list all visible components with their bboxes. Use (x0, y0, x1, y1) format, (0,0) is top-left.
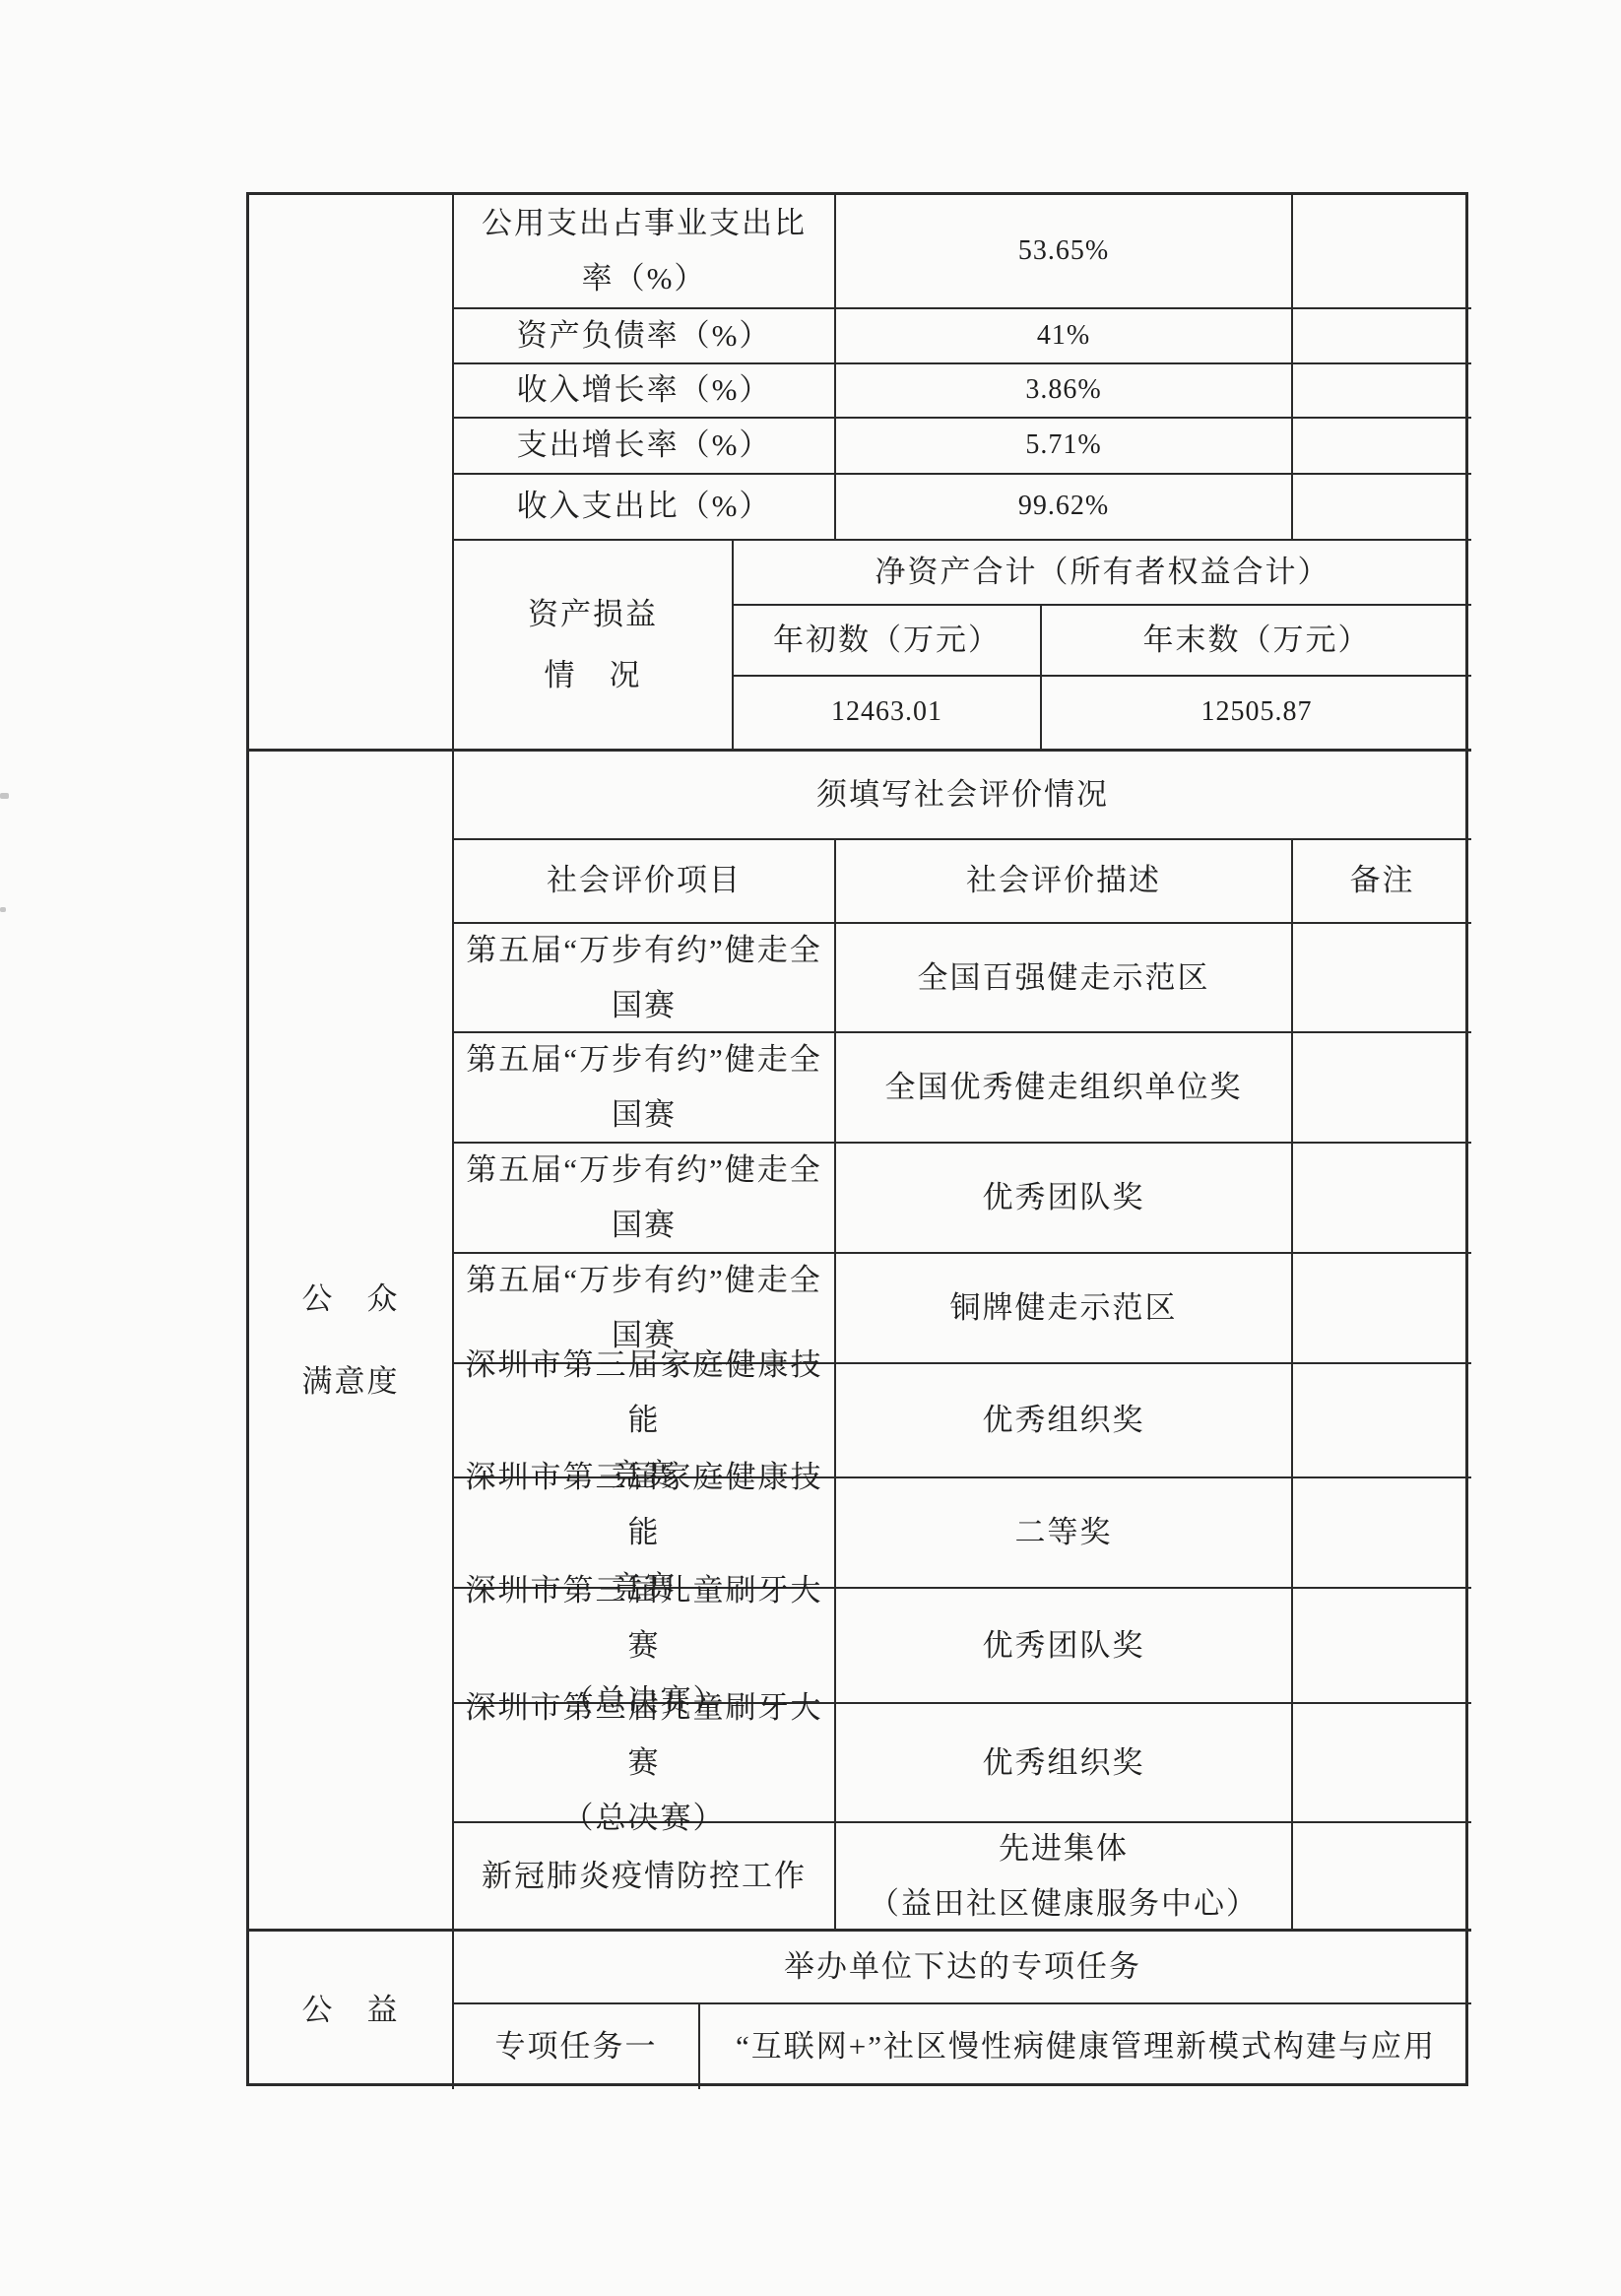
indicator-label-cell: 收入支出比（%） (454, 475, 836, 541)
scan-artifact (0, 793, 9, 799)
year-end-value: 12505.87 (1042, 677, 1471, 752)
blank-cell (1293, 364, 1471, 419)
net-assets-header: 净资产合计（所有者权益合计） (734, 541, 1471, 606)
indicator-value-cell: 3.86% (836, 364, 1293, 419)
description-cell: 优秀组织奖 (836, 1364, 1293, 1478)
row-label-public-satisfaction: 公 众 满意度 (249, 752, 454, 1932)
note-cell (1293, 1589, 1471, 1704)
description-cell: 先进集体 （益田社区健康服务中心） (836, 1823, 1293, 1932)
special-task-description: “互联网+”社区慢性病健康管理新模式构建与应用 (700, 2004, 1471, 2089)
asset-profit-loss-label: 资产损益 情 况 (454, 541, 734, 752)
description-cell: 全国百强健走示范区 (836, 924, 1293, 1033)
project-cell: 新冠肺炎疫情防控工作 (454, 1823, 836, 1932)
indicator-label-cell: 支出增长率（%） (454, 419, 836, 475)
column-header-description: 社会评价描述 (836, 840, 1293, 924)
note-cell (1293, 924, 1471, 1033)
note-cell (1293, 1823, 1471, 1932)
project-cell: 深圳市第三届儿童刷牙大赛 （总决赛） (454, 1704, 836, 1823)
scanned-report-page: 公 众 满意度 公 益 公用支出占事业支出比 率（%） 53.65% 资产负债率… (0, 0, 1621, 2296)
social-evaluation-section-title: 须填写社会评价情况 (454, 752, 1471, 840)
note-cell (1293, 1478, 1471, 1589)
special-task-name: 专项任务一 (454, 2004, 700, 2089)
row-label-empty-cell (249, 195, 454, 752)
scan-artifact (0, 907, 6, 912)
description-cell: 优秀团队奖 (836, 1144, 1293, 1254)
description-cell: 铜牌健走示范区 (836, 1254, 1293, 1364)
indicator-label-cell: 公用支出占事业支出比 率（%） (454, 195, 836, 309)
blank-cell (1293, 195, 1471, 309)
description-cell: 二等奖 (836, 1478, 1293, 1589)
report-table-grid: 公 众 满意度 公 益 公用支出占事业支出比 率（%） 53.65% 资产负债率… (249, 195, 1465, 2083)
year-begin-header: 年初数（万元） (734, 606, 1042, 677)
note-cell (1293, 1144, 1471, 1254)
description-cell: 全国优秀健走组织单位奖 (836, 1033, 1293, 1144)
year-end-header: 年末数（万元） (1042, 606, 1471, 677)
project-cell: 第五届“万步有约”健走全 国赛 (454, 1033, 836, 1144)
year-begin-value: 12463.01 (734, 677, 1042, 752)
column-header-project: 社会评价项目 (454, 840, 836, 924)
blank-cell (1293, 419, 1471, 475)
indicator-label-cell: 收入增长率（%） (454, 364, 836, 419)
note-cell (1293, 1254, 1471, 1364)
project-cell: 第五届“万步有约”健走全 国赛 (454, 924, 836, 1033)
indicator-value-cell: 41% (836, 309, 1293, 364)
column-header-note: 备注 (1293, 840, 1471, 924)
blank-cell (1293, 475, 1471, 541)
indicator-value-cell: 53.65% (836, 195, 1293, 309)
description-cell: 优秀团队奖 (836, 1589, 1293, 1704)
row-label-public-welfare: 公 益 (249, 1932, 454, 2089)
description-cell: 优秀组织奖 (836, 1704, 1293, 1823)
indicator-label-cell: 资产负债率（%） (454, 309, 836, 364)
special-tasks-section-title: 举办单位下达的专项任务 (454, 1932, 1471, 2004)
blank-cell (1293, 309, 1471, 364)
project-cell: 第五届“万步有约”健走全 国赛 (454, 1144, 836, 1254)
indicator-value-cell: 99.62% (836, 475, 1293, 541)
indicator-value-cell: 5.71% (836, 419, 1293, 475)
report-table: 公 众 满意度 公 益 公用支出占事业支出比 率（%） 53.65% 资产负债率… (246, 192, 1468, 2086)
note-cell (1293, 1364, 1471, 1478)
note-cell (1293, 1704, 1471, 1823)
note-cell (1293, 1033, 1471, 1144)
